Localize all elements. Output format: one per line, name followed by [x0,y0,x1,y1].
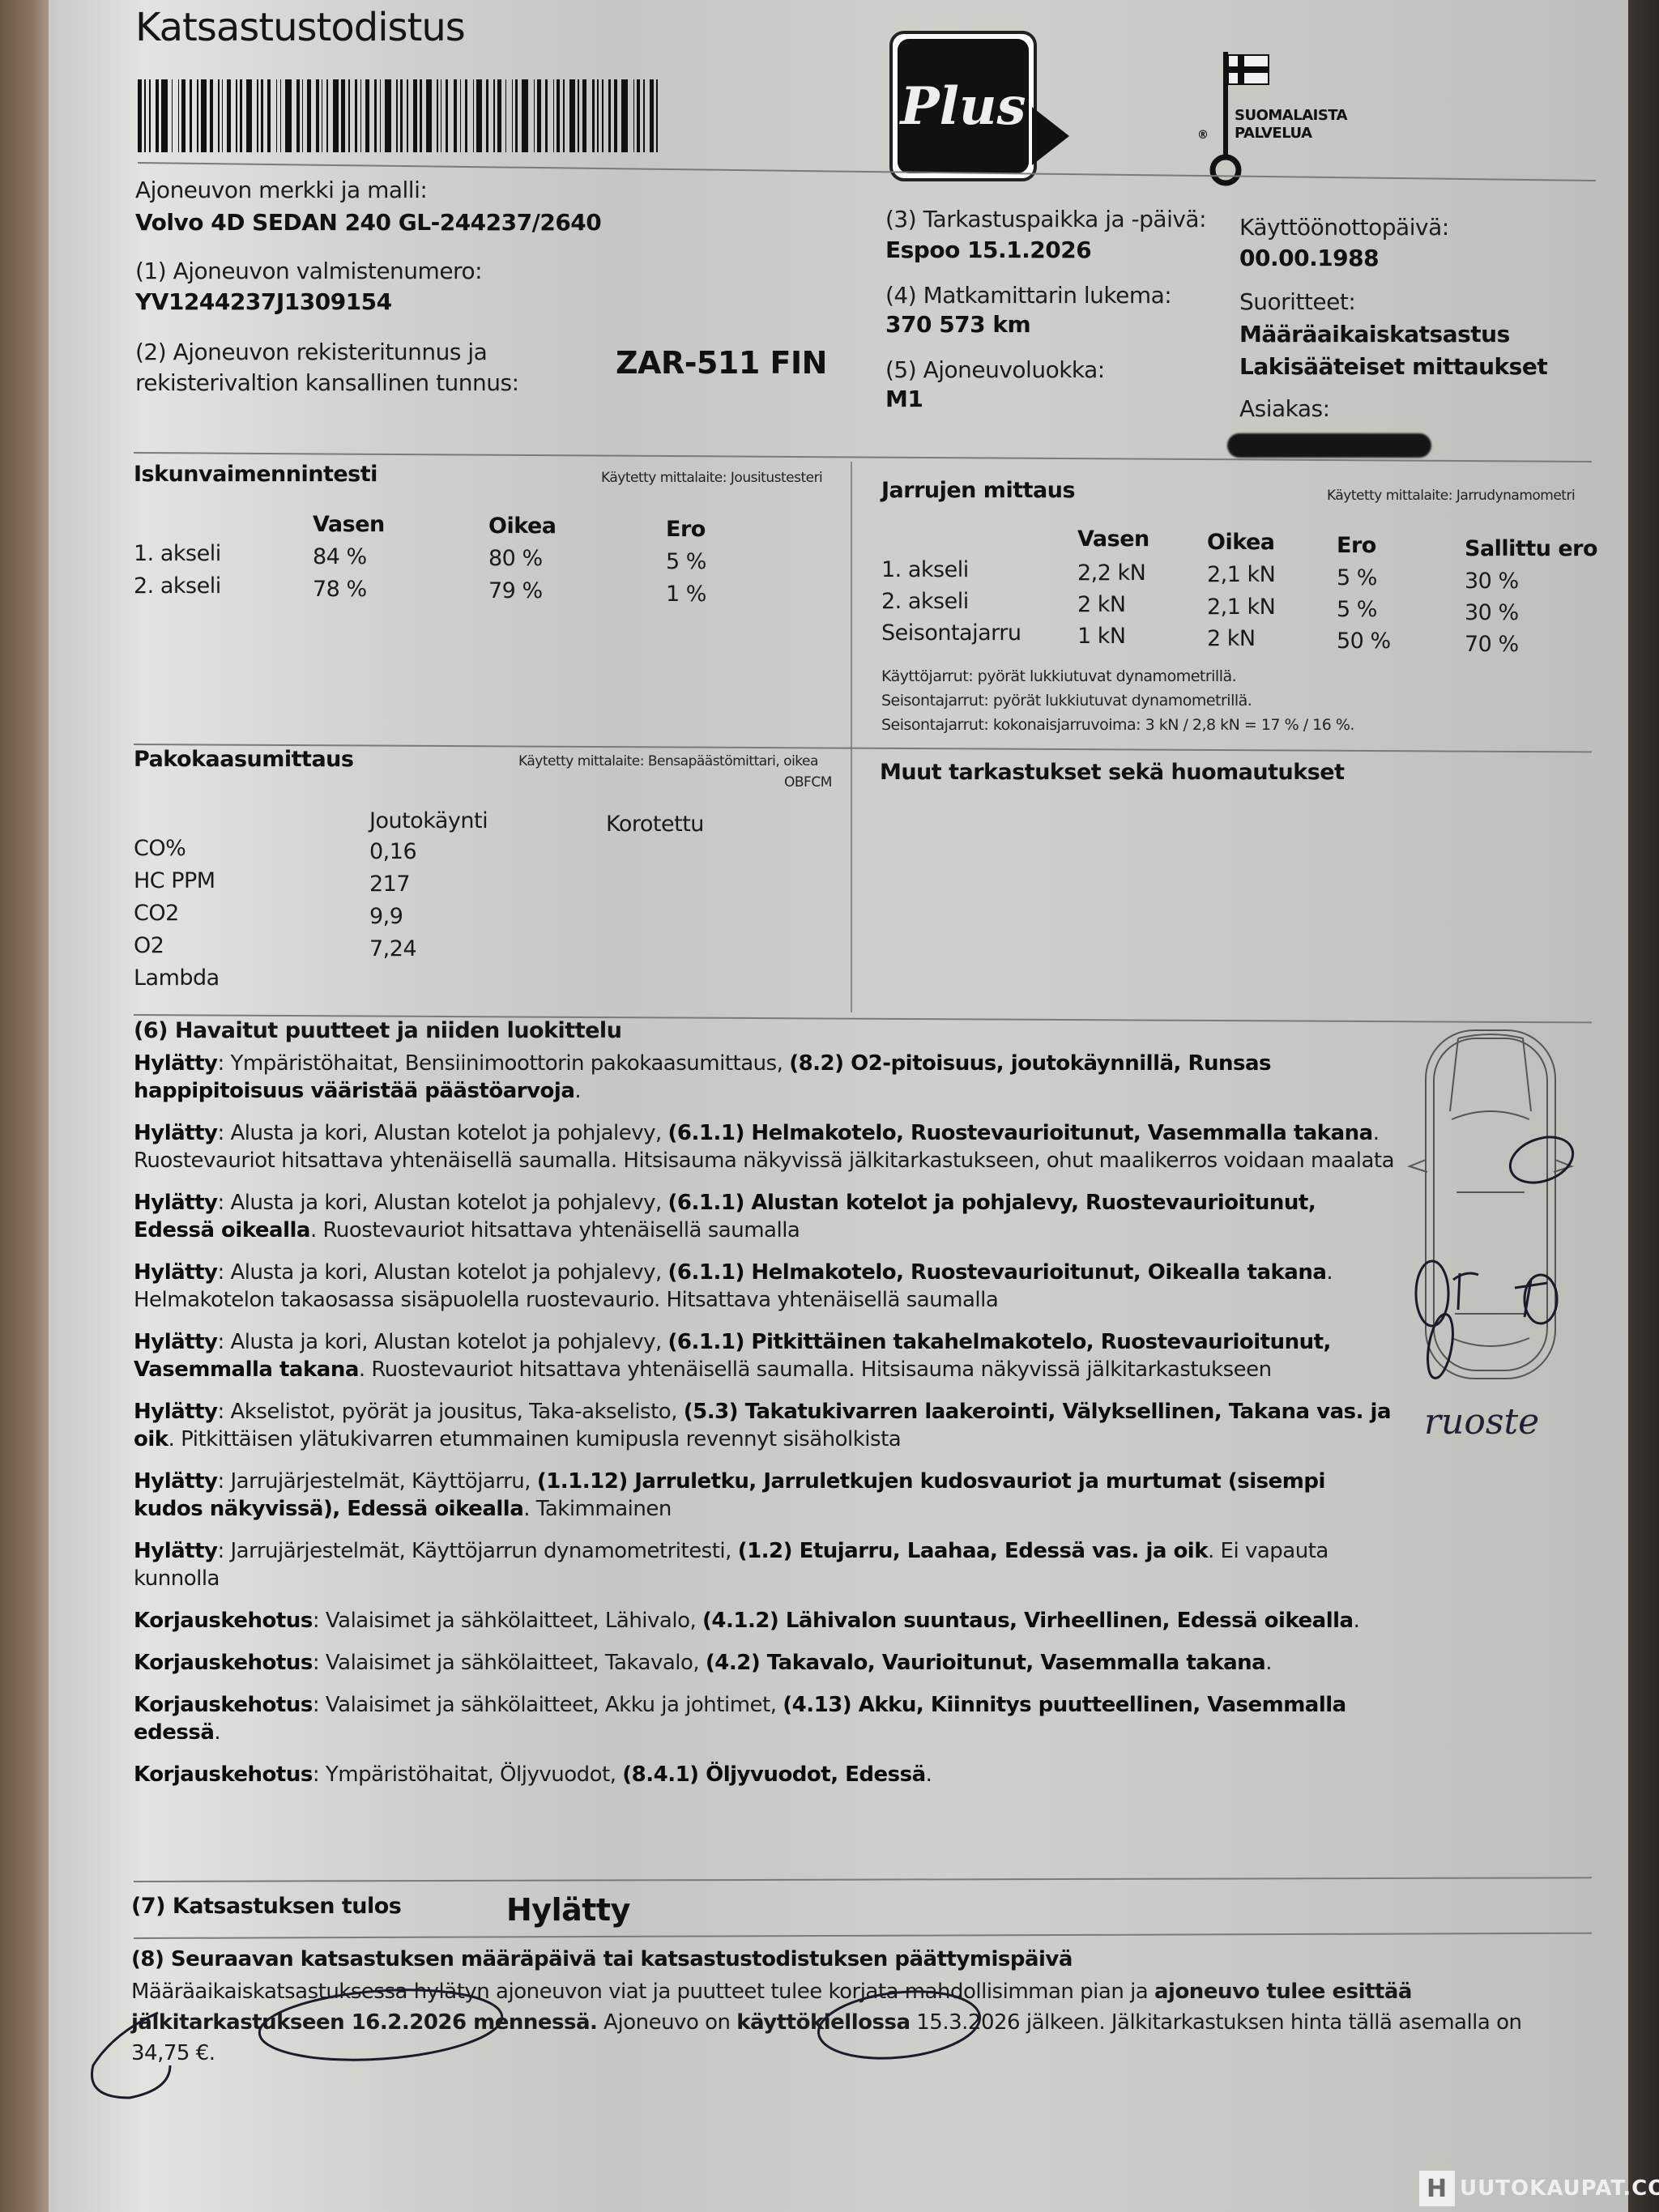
vehicle-class-value: M1 [885,386,923,412]
shock-cell: 80 % [488,546,543,571]
defect-item: Hylätty: Alusta ja kori, Alustan kotelot… [134,1259,1397,1314]
shock-col-diff: Ero [666,517,706,542]
defect-detail: (8.4.1) Öljyvuodot, Edessä [622,1762,925,1787]
defect-category: : Valaisimet ja sähkölaitteet, Takavalo, [313,1651,706,1675]
defect-category: : Alusta ja kori, Alustan kotelot ja poh… [217,1191,667,1215]
shock-test-title: Iskunvaimennintesti [134,462,377,487]
exhaust-test-title: Pakokaasumittaus [134,747,353,772]
defects-heading: (6) Havaitut puutteet ja niiden luokitte… [134,1018,1397,1043]
defect-note: . Takimmainen [523,1497,672,1521]
brake-cell: 2,1 kN [1207,595,1275,620]
key-flag-line1: SUOMALAISTA [1235,107,1347,125]
brake-cell: 30 % [1465,600,1519,625]
brake-cell: 2 kN [1077,592,1126,617]
registration-label-2: rekisterivaltion kansallinen tunnus: [135,369,519,396]
shock-col-left: Vasen [313,512,385,537]
defect-detail: (4.2) Takavalo, Vaurioitunut, Vasemmalla… [706,1651,1265,1675]
exhaust-row-label: Lambda [134,965,220,991]
brake-col-left: Vasen [1077,526,1149,552]
exhaust-cell: 9,9 [369,904,403,929]
other-checks-title: Muut tarkastukset sekä huomautukset [880,760,1344,785]
defect-detail: (6.1.1) Helmakotelo, Ruostevaurioitunut,… [668,1121,1373,1145]
exhaust-col-idle: Joutokäynti [369,808,488,833]
result-value: Hylätty [506,1892,630,1928]
key-flag-line2: PALVELUA [1235,125,1312,143]
shock-col-right: Oikea [488,514,556,539]
defect-type: Korjauskehotus [134,1651,313,1675]
defect-type: Hylätty [134,1051,217,1076]
defect-category: : Alusta ja kori, Alustan kotelot ja poh… [217,1330,667,1354]
odometer-label: (4) Matkamittarin lukema: [885,282,1171,309]
handwritten-note: ruoste [1424,1401,1539,1443]
defect-item: Hylätty: Alusta ja kori, Alustan kotelot… [134,1189,1397,1244]
plus-logo: Plus [889,31,1037,181]
brake-cell: 5 % [1337,597,1377,622]
brake-col-allowed: Sallittu ero [1465,536,1597,561]
defect-type: Hylätty [134,1260,217,1285]
defect-item: Hylätty: Ympäristöhaitat, Bensiinimootto… [134,1050,1397,1105]
defect-category: : Valaisimet ja sähkölaitteet, Akku ja j… [313,1693,783,1717]
registered-mark: ® [1197,126,1209,144]
defect-note: . [1354,1609,1360,1633]
defect-type: Korjauskehotus [134,1762,313,1787]
defect-detail: (6.1.1) Helmakotelo, Ruostevaurioitunut,… [668,1260,1327,1285]
defect-item: Hylätty: Akselistot, pyörät ja jousitus,… [134,1398,1397,1453]
result-label: (7) Katsastuksen tulos [131,1894,401,1919]
defect-note: . [214,1720,220,1745]
brake-row-label: 1. akseli [881,557,969,582]
column-divider [851,462,852,1012]
document-title: Katsastustodistus [135,5,465,50]
services-label: Suoritteet: [1239,288,1355,315]
defect-type: Hylätty [134,1400,217,1424]
defect-note: . Ruostevauriot hitsattava yhtenäisellä … [359,1357,1272,1382]
brake-note: Seisontajarrut: kokonaisjarruvoima: 3 kN… [881,716,1354,734]
brake-row-label: Seisontajarru [881,620,1021,646]
defect-item: Korjauskehotus: Valaisimet ja sähkölaitt… [134,1607,1397,1634]
brake-row-label: 2. akseli [881,589,969,614]
defect-category: : Ympäristöhaitat, Öljyvuodot, [313,1762,622,1787]
brake-note: Seisontajarrut: pyörät lukkiutuvat dynam… [881,692,1252,710]
brake-note: Käyttöjarrut: pyörät lukkiutuvat dynamom… [881,667,1236,685]
watermark-badge-icon: H [1419,2171,1455,2206]
defect-category: : Alusta ja kori, Alustan kotelot ja poh… [217,1121,667,1145]
service-item: Lakisääteiset mittaukset [1239,353,1547,380]
defect-detail: (1.2) Etujarru, Laahaa, Edessä vas. ja o… [738,1539,1208,1563]
customer-name-redacted [1227,433,1431,458]
exhaust-cell: 7,24 [369,936,416,961]
defect-item: Korjauskehotus: Valaisimet ja sähkölaitt… [134,1649,1397,1677]
defect-type: Korjauskehotus [134,1609,313,1633]
registration-value: ZAR-511 FIN [616,345,827,381]
barcode [138,79,786,152]
exhaust-test-device-line2: OBFCM [784,774,832,791]
brake-col-diff: Ero [1337,533,1376,558]
make-model-label: Ajoneuvon merkki ja malli: [135,177,427,203]
brake-cell: 2,1 kN [1207,562,1275,587]
defect-item: Korjauskehotus: Valaisimet ja sähkölaitt… [134,1691,1397,1746]
defect-category: : Valaisimet ja sähkölaitteet, Lähivalo, [313,1609,702,1633]
defect-list: Hylätty: Ympäristöhaitat, Bensiinimootto… [134,1050,1397,1788]
defect-note: . [1265,1651,1272,1675]
vehicle-class-label: (5) Ajoneuvoluokka: [885,356,1105,383]
defect-item: Hylätty: Alusta ja kori, Alustan kotelot… [134,1119,1397,1174]
vin-label: (1) Ajoneuvon valmistenumero: [135,258,482,284]
shock-cell: 78 % [313,577,367,602]
defect-category: : Jarrujärjestelmät, Käyttöjarrun dynamo… [217,1539,737,1563]
handwritten-circles-icon [81,1976,1053,2106]
shock-test-device: Käytetty mittalaite: Jousitustesteri [601,470,822,486]
exhaust-row-label: CO% [134,836,186,861]
defect-note: . Pitkittäisen ylätukivarren etummainen … [168,1427,902,1451]
brake-test-title: Jarrujen mittaus [881,478,1075,503]
first-use-label: Käyttöönottopäivä: [1239,214,1449,241]
exhaust-cell: 217 [369,872,410,897]
brake-cell: 30 % [1465,569,1519,594]
place-date-label: (3) Tarkastuspaikka ja -päivä: [885,206,1206,232]
brake-col-right: Oikea [1207,530,1274,555]
defect-note: . [574,1079,581,1103]
exhaust-row-label: O2 [134,933,164,958]
defect-type: Hylätty [134,1191,217,1215]
brake-cell: 1 kN [1077,624,1126,649]
defect-type: Hylätty [134,1121,217,1145]
shock-row-label: 2. akseli [134,573,221,599]
watermark-text: UUTOKAUPAT.COM [1460,2176,1659,2201]
defect-item: Hylätty: Alusta ja kori, Alustan kotelot… [134,1328,1397,1383]
defect-type: Hylätty [134,1539,217,1563]
exhaust-cell: 0,16 [369,839,416,864]
exhaust-row-label: CO2 [134,901,179,926]
make-model-value: Volvo 4D SEDAN 240 GL-244237/2640 [135,209,601,236]
place-date-value: Espoo 15.1.2026 [885,237,1091,263]
next-inspection-heading: (8) Seuraavan katsastuksen määräpäivä ta… [131,1947,1073,1971]
service-item: Määräaikaiskatsastus [1239,321,1510,347]
shock-cell: 84 % [313,544,367,569]
brake-test-device: Käytetty mittalaite: Jarrudynamometri [1327,488,1575,504]
shock-row-label: 1. akseli [134,541,221,566]
customer-label: Asiakas: [1239,395,1330,422]
defect-type: Korjauskehotus [134,1693,313,1717]
brake-cell: 5 % [1337,565,1377,590]
defect-category: : Jarrujärjestelmät, Käyttöjarru, [217,1469,536,1494]
registration-label-1: (2) Ajoneuvon rekisteritunnus ja [135,339,487,365]
shock-cell: 5 % [666,549,706,574]
speech-tail-icon [1032,107,1069,165]
defect-note: . Ruostevauriot hitsattava yhtenäisellä … [310,1218,800,1242]
defect-item: Hylätty: Jarrujärjestelmät, Käyttöjarrun… [134,1537,1397,1592]
defect-category: : Alusta ja kori, Alustan kotelot ja poh… [217,1260,667,1285]
defect-note: . [926,1762,932,1787]
defect-category: : Ympäristöhaitat, Bensiinimoottorin pak… [217,1051,789,1076]
vin-value: YV1244237J1309154 [135,288,392,315]
exhaust-test-device: Käytetty mittalaite: Bensapäästömittari,… [518,753,818,769]
exhaust-row-label: HC PPM [134,868,215,893]
watermark: H UUTOKAUPAT.COM [1419,2171,1659,2206]
defect-category: : Akselistot, pyörät ja jousitus, Taka-a… [217,1400,683,1424]
brake-cell: 70 % [1465,632,1519,657]
defects-section: (6) Havaitut puutteet ja niiden luokitte… [134,1018,1397,1803]
exhaust-col-raised: Korotettu [606,812,704,837]
defect-detail: (4.1.2) Lähivalon suuntaus, Virheellinen… [702,1609,1354,1633]
defect-type: Hylätty [134,1469,217,1494]
shock-cell: 1 % [666,582,706,607]
brake-cell: 2,2 kN [1077,560,1145,586]
car-diagram-icon [1393,1022,1588,1460]
brake-cell: 50 % [1337,629,1391,654]
shock-cell: 79 % [488,578,543,603]
plus-logo-text: Plus [898,39,1029,173]
odometer-value: 370 573 km [885,311,1030,338]
first-use-value: 00.00.1988 [1239,245,1379,271]
defect-item: Korjauskehotus: Ympäristöhaitat, Öljyvuo… [134,1761,1397,1788]
defect-item: Hylätty: Jarrujärjestelmät, Käyttöjarru,… [134,1468,1397,1523]
brake-cell: 2 kN [1207,626,1256,651]
defect-type: Hylätty [134,1330,217,1354]
